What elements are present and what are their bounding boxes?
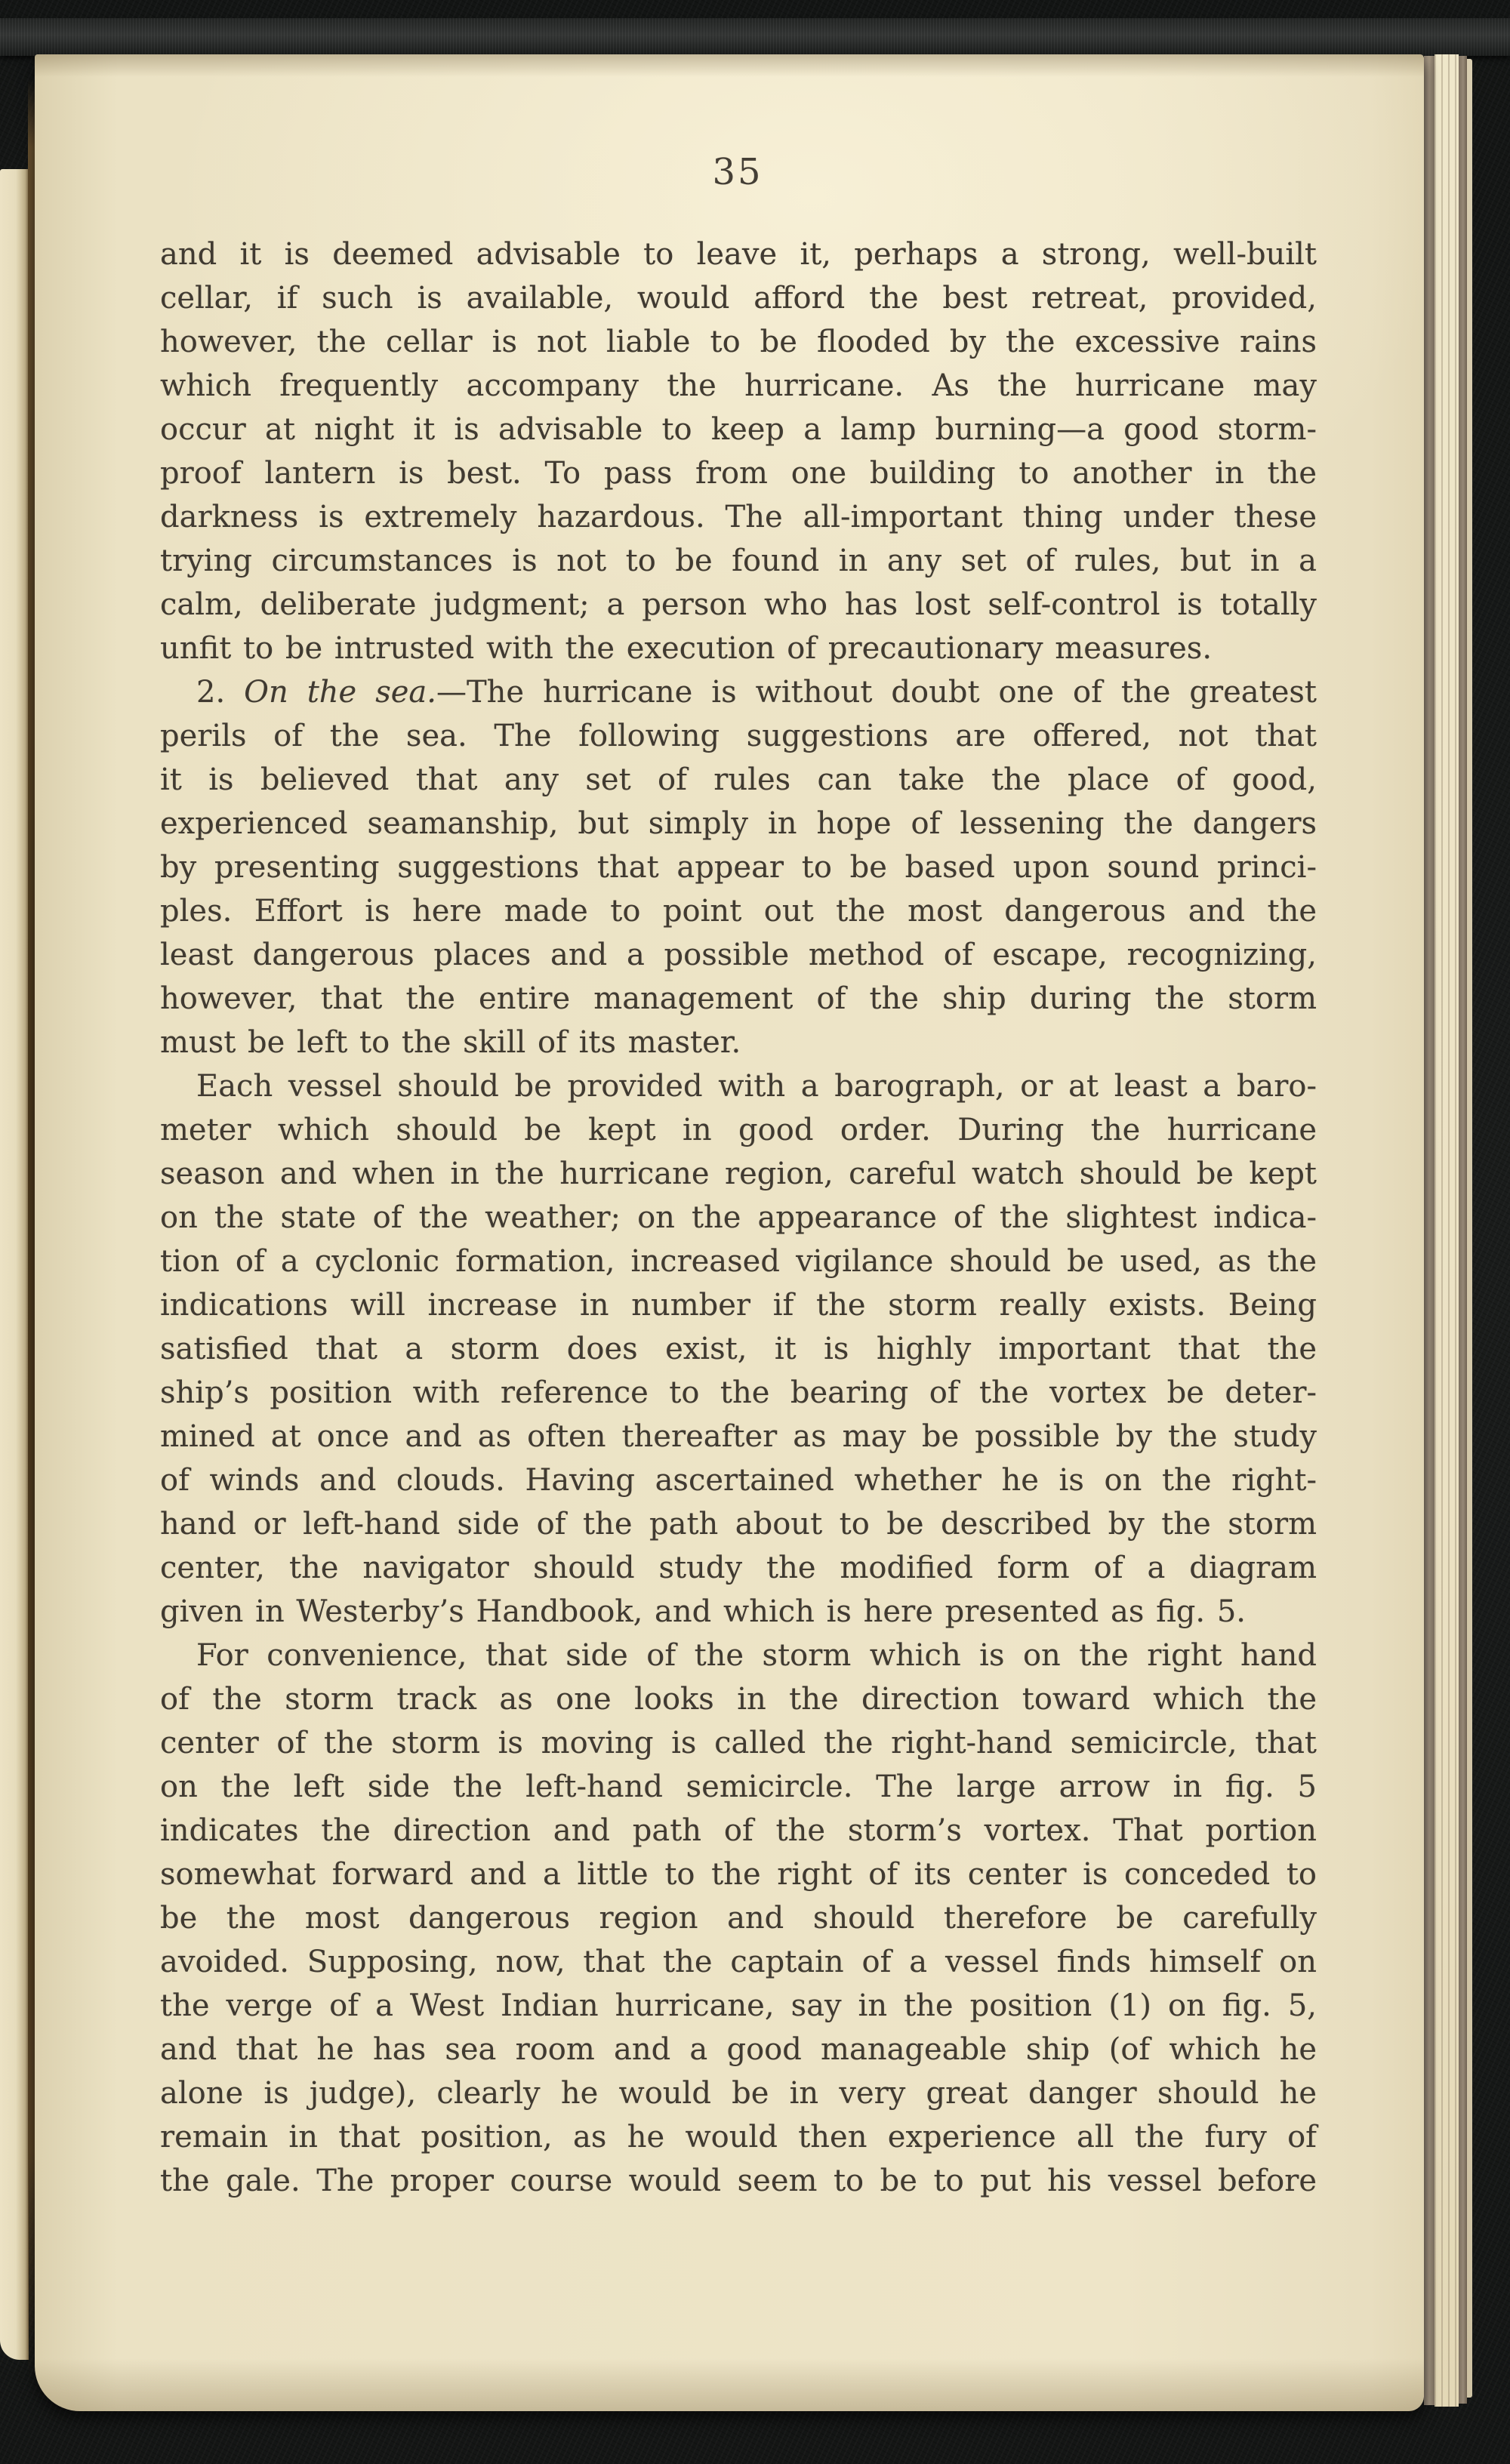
text-run: of the storm track as one looks in the d… xyxy=(160,1682,1317,1717)
page-edge-stack-outer xyxy=(1424,56,1434,2405)
text-line: hand or left-hand side of the path about… xyxy=(160,1502,1317,1546)
text-run: trying circumstances is not to be found … xyxy=(160,544,1317,578)
text-line: 2. On the sea.—The hurricane is without … xyxy=(160,670,1317,714)
body-text: and it is deemed advisable to leave it, … xyxy=(160,233,1317,2203)
text-line: indications will increase in number if t… xyxy=(160,1283,1317,1327)
text-run: alone is judge), clearly he would be in … xyxy=(160,2076,1317,2111)
text-line: proof lantern is best. To pass from one … xyxy=(160,451,1317,495)
text-run: center, the navigator should study the m… xyxy=(160,1551,1317,1585)
text-line: remain in that position, as he would the… xyxy=(160,2115,1317,2159)
text-line: satisfied that a storm does exist, it is… xyxy=(160,1327,1317,1371)
text-line: indicates the direction and path of the … xyxy=(160,1809,1317,1853)
text-line: avoided. Supposing, now, that the captai… xyxy=(160,1940,1317,1984)
text-line: it is believed that any set of rules can… xyxy=(160,758,1317,802)
text-line: of winds and clouds. Having ascertained … xyxy=(160,1458,1317,1502)
text-run: must be left to the skill of its master. xyxy=(160,1025,741,1060)
page-edge-stack-middle xyxy=(1434,54,1459,2407)
text-run: and that he has sea room and a good mana… xyxy=(160,2032,1317,2067)
text-run: by presenting suggestions that appear to… xyxy=(160,850,1317,885)
text-line: least dangerous places and a possible me… xyxy=(160,933,1317,977)
text-line: somewhat forward and a little to the rig… xyxy=(160,1853,1317,1896)
text-run: however, that the entire management of t… xyxy=(160,981,1317,1016)
text-run: —The hurricane is without doubt one of t… xyxy=(436,675,1317,710)
text-run: experienced seamanship, but simply in ho… xyxy=(160,806,1317,841)
text-run: season and when in the hurricane region,… xyxy=(160,1157,1317,1191)
text-line: the verge of a West Indian hurricane, sa… xyxy=(160,1984,1317,2028)
text-line: of the storm track as one looks in the d… xyxy=(160,1677,1317,1721)
text-line: however, the cellar is not liable to be … xyxy=(160,320,1317,364)
text-run: least dangerous places and a possible me… xyxy=(160,938,1317,972)
italic-text-run: On the sea. xyxy=(244,675,436,710)
text-run: occur at night it is advisable to keep a… xyxy=(160,412,1317,447)
text-run: and it is deemed advisable to leave it, … xyxy=(160,237,1317,272)
text-run: of winds and clouds. Having ascertained … xyxy=(160,1463,1317,1498)
text-line: be the most dangerous region and should … xyxy=(160,1896,1317,1940)
text-run: calm, deliberate judgment; a person who … xyxy=(160,587,1317,622)
text-run: remain in that position, as he would the… xyxy=(160,2120,1317,2154)
text-line: on the state of the weather; on the appe… xyxy=(160,1196,1317,1240)
text-line: however, that the entire management of t… xyxy=(160,977,1317,1021)
text-line: the gale. The proper course would seem t… xyxy=(160,2159,1317,2203)
text-run: be the most dangerous region and should … xyxy=(160,1901,1317,1936)
text-line: ples. Effort is here made to point out t… xyxy=(160,889,1317,933)
text-line: For convenience, that side of the storm … xyxy=(160,1634,1317,1677)
gutter-shadow xyxy=(28,79,35,2378)
text-line: by presenting suggestions that appear to… xyxy=(160,845,1317,889)
cover-spine-ridge xyxy=(0,18,1510,56)
text-line: darkness is extremely hazardous. The all… xyxy=(160,495,1317,539)
text-line: calm, deliberate judgment; a person who … xyxy=(160,583,1317,627)
text-run: the gale. The proper course would seem t… xyxy=(160,2164,1317,2198)
text-run: indicates the direction and path of the … xyxy=(160,1813,1317,1848)
text-run: hand or left-hand side of the path about… xyxy=(160,1507,1317,1542)
text-line: tion of a cyclonic formation, increased … xyxy=(160,1240,1317,1283)
text-run: darkness is extremely hazardous. The all… xyxy=(160,500,1317,534)
text-run: Each vessel should be provided with a ba… xyxy=(196,1069,1317,1104)
text-line: on the left side the left-hand semicircl… xyxy=(160,1765,1317,1809)
text-run: indications will increase in number if t… xyxy=(160,1288,1317,1323)
facing-page-edge xyxy=(0,169,29,2360)
text-run: meter which should be kept in good order… xyxy=(160,1113,1317,1147)
text-line: occur at night it is advisable to keep a… xyxy=(160,408,1317,451)
text-line: mined at once and as often thereafter as… xyxy=(160,1415,1317,1458)
text-line: meter which should be kept in good order… xyxy=(160,1108,1317,1152)
text-line: experienced seamanship, but simply in ho… xyxy=(160,802,1317,845)
text-run: 2. xyxy=(196,675,244,710)
text-run: given in Westerby’s Handbook, and which … xyxy=(160,1594,1246,1629)
text-line: center, the navigator should study the m… xyxy=(160,1546,1317,1590)
text-run: ship’s position with reference to the be… xyxy=(160,1375,1317,1410)
text-run: which frequently accompany the hurricane… xyxy=(160,368,1317,403)
text-run: cellar, if such is available, would affo… xyxy=(160,281,1317,316)
text-run: the verge of a West Indian hurricane, sa… xyxy=(160,1988,1317,2023)
book-page: 35 and it is deemed advisable to leave i… xyxy=(35,54,1424,2411)
text-line: cellar, if such is available, would affo… xyxy=(160,276,1317,320)
text-run: mined at once and as often thereafter as… xyxy=(160,1419,1317,1454)
text-run: on the state of the weather; on the appe… xyxy=(160,1200,1317,1235)
text-line: alone is judge), clearly he would be in … xyxy=(160,2071,1317,2115)
text-run: For convenience, that side of the storm … xyxy=(196,1638,1317,1673)
text-line: trying circumstances is not to be found … xyxy=(160,539,1317,583)
text-run: ples. Effort is here made to point out t… xyxy=(160,894,1317,929)
text-run: on the left side the left-hand semicircl… xyxy=(160,1769,1317,1804)
text-line: season and when in the hurricane region,… xyxy=(160,1152,1317,1196)
text-run: somewhat forward and a little to the rig… xyxy=(160,1857,1317,1892)
text-line: and that he has sea room and a good mana… xyxy=(160,2028,1317,2071)
text-run: however, the cellar is not liable to be … xyxy=(160,325,1317,359)
page-number: 35 xyxy=(160,151,1315,193)
text-line: which frequently accompany the hurricane… xyxy=(160,364,1317,408)
text-run: unfit to be intrusted with the execution… xyxy=(160,631,1212,666)
text-line: ship’s position with reference to the be… xyxy=(160,1371,1317,1415)
page-edge-stack-sliver xyxy=(1467,59,1472,2398)
text-run: proof lantern is best. To pass from one … xyxy=(160,456,1317,491)
text-line: must be left to the skill of its master. xyxy=(160,1021,1317,1064)
text-run: perils of the sea. The following suggest… xyxy=(160,719,1317,753)
text-line: and it is deemed advisable to leave it, … xyxy=(160,233,1317,276)
text-line: center of the storm is moving is called … xyxy=(160,1721,1317,1765)
text-run: avoided. Supposing, now, that the captai… xyxy=(160,1945,1317,1979)
text-run: satisfied that a storm does exist, it is… xyxy=(160,1332,1317,1366)
page-edge-stack-inner xyxy=(1459,56,1467,2404)
text-line: unfit to be intrusted with the execution… xyxy=(160,627,1317,670)
text-run: it is believed that any set of rules can… xyxy=(160,762,1317,797)
text-run: tion of a cyclonic formation, increased … xyxy=(160,1244,1317,1279)
text-run: center of the storm is moving is called … xyxy=(160,1726,1317,1760)
text-line: Each vessel should be provided with a ba… xyxy=(160,1064,1317,1108)
text-line: perils of the sea. The following suggest… xyxy=(160,714,1317,758)
text-line: given in Westerby’s Handbook, and which … xyxy=(160,1590,1317,1634)
